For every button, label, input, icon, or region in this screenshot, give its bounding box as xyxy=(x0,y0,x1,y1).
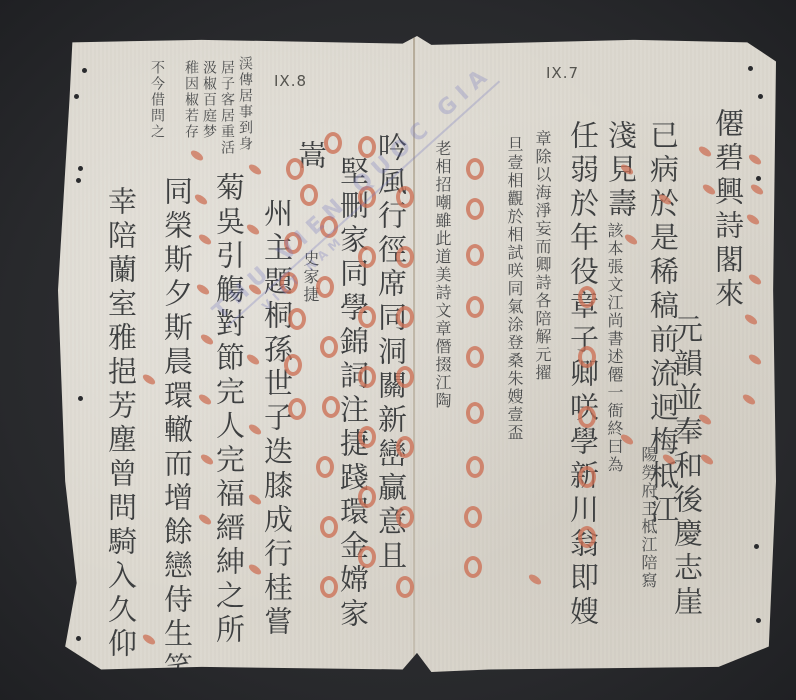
right-column-4: 陽勞府王柢江陪寫 xyxy=(640,446,656,590)
header-note-4: 稚因椒若存 xyxy=(184,60,198,140)
left-column-8: 幸陪蘭室雅挹芳塵曾問騎入久仰 xyxy=(106,186,135,662)
worm-hole xyxy=(78,396,83,401)
header-note-2: 居子客居重活 xyxy=(220,60,234,156)
header-note-1: 渓傳居事到身 xyxy=(238,56,252,152)
right-column-6: 該本張文江尚書述僊一衙終曰為 xyxy=(606,222,622,474)
folio-number-left: IX.8 xyxy=(274,72,307,90)
right-column-5: 淺見壽 xyxy=(606,120,635,222)
right-column-7: 任弱於年役章子卿咲學新川翁即嫂 xyxy=(568,120,597,630)
right-column-1: 僊碧興詩閣來 xyxy=(713,108,742,312)
worm-hole xyxy=(758,94,763,99)
left-column-3: 史家捷 xyxy=(302,250,318,304)
left-column-7: 同榮斯夕斯晨環轍而增餘戀侍生笑 xyxy=(162,176,191,686)
worm-hole xyxy=(76,178,81,183)
left-column-2: 堅刪家同學錦詞注捷踐環金嫦家 xyxy=(338,156,367,632)
worm-hole xyxy=(756,176,761,181)
right-column-8: 章除以海淨妄而卿詩各陪解元擢 xyxy=(534,130,550,382)
right-column-10: 老相招嘲雖此道美詩文章僭掇江陶 xyxy=(434,140,450,410)
right-column-9: 旦壹相觀於相試咲同氣涂登桑朱嫂壹盃 xyxy=(506,136,522,442)
worm-hole xyxy=(748,66,753,71)
left-column-5: 州主題桐孫世子迭膝成行桂嘗 xyxy=(262,198,291,640)
left-column-6: 菊吳引觴對節完人完福縉紳之所 xyxy=(214,172,243,648)
header-note-3: 汲椒百庭梦 xyxy=(202,60,216,140)
worm-hole xyxy=(78,166,83,171)
worm-hole xyxy=(76,636,81,641)
header-note-5: 不今借問之 xyxy=(150,60,164,140)
worm-hole xyxy=(754,544,759,549)
manuscript-sheet: IX.8 IX.7 僊碧興詩閣來 元韻並奉和後慶志崖 已病於是稀稿前流迥梅柢江 … xyxy=(58,36,776,672)
worm-hole xyxy=(74,94,79,99)
left-column-1: 吟風行徑席同洞關新巒贏意且 xyxy=(376,132,405,574)
center-fold xyxy=(413,36,415,672)
worm-hole xyxy=(82,68,87,73)
worm-hole xyxy=(756,618,761,623)
folio-number-right: IX.7 xyxy=(546,64,579,82)
left-column-4: 嵩 xyxy=(296,140,325,174)
